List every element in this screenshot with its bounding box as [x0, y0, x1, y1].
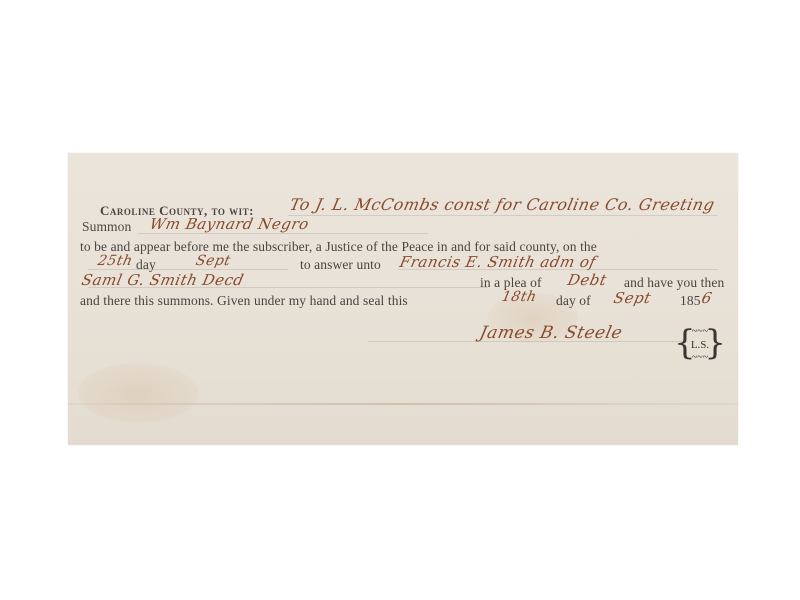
ruled-line: [288, 215, 718, 216]
issue-month: Sept: [612, 289, 653, 307]
justice-signature: James B. Steele: [478, 323, 624, 343]
plaintiff-name: Francis E. Smith adm of: [398, 253, 598, 271]
day-of-label: day of: [556, 293, 591, 309]
plea-type: Debt: [566, 271, 608, 289]
issue-year-digit: 6: [700, 289, 714, 307]
summons-document: Caroline County, to wit: To J. L. McComb…: [68, 153, 738, 445]
ruled-line: [88, 269, 288, 270]
issue-year-printed: 185: [680, 293, 701, 309]
legal-seal: { ~~~ L.S. ~~~ }: [680, 328, 720, 362]
seal-right-brace: }: [704, 324, 726, 362]
answer-unto-label: to answer unto: [300, 257, 381, 273]
appearance-day: 25th: [96, 253, 134, 269]
ruled-line: [138, 233, 428, 234]
defendant-name: Wm Baynard Negro: [148, 215, 311, 233]
summon-label: Summon: [82, 219, 131, 235]
paper-stain: [78, 363, 198, 423]
addressee-constable: To J. L. McCombs const for Caroline Co. …: [288, 195, 717, 214]
fold-line: [68, 403, 738, 405]
appearance-month: Sept: [194, 253, 232, 269]
given-under-hand-clause: and there this summons. Given under my h…: [80, 293, 408, 309]
issue-day: 18th: [500, 289, 538, 305]
decedent-name: Saml G. Smith Decd: [80, 271, 245, 289]
